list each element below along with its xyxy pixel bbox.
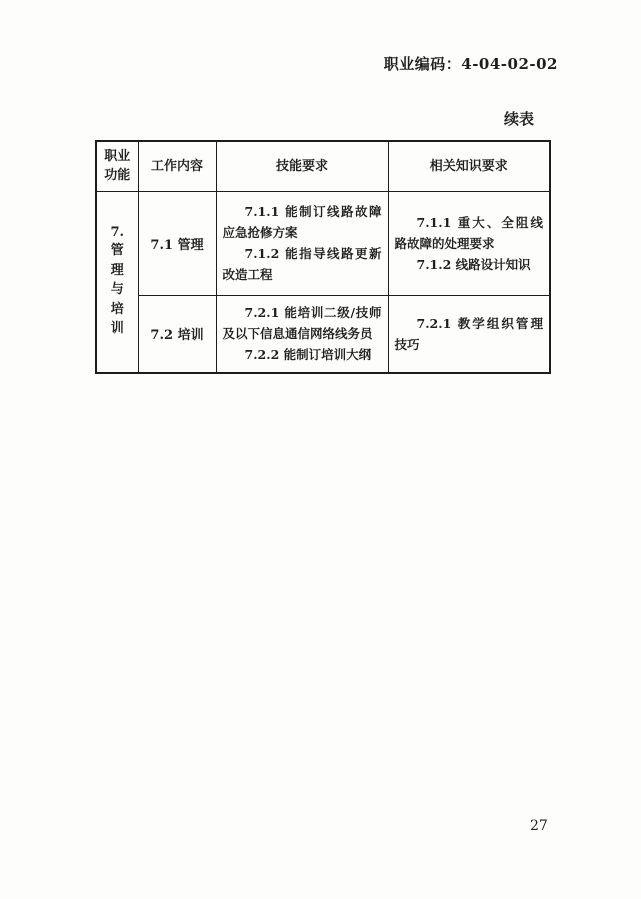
continued-table-label: 续表: [504, 108, 534, 129]
table-header-row: 职业功能 工作内容 技能要求 相关知识要求: [96, 141, 550, 191]
skill-requirements-table: 职业功能 工作内容 技能要求 相关知识要求 7. 管理与培训 7.1 管理 7.…: [95, 140, 551, 374]
function-name-vertical: 管理与培训: [111, 241, 124, 339]
skill-item: 7.2.1 能培训二级/技师及以下信息通信网络线务员: [223, 302, 382, 344]
header-occupation-function: 职业功能: [96, 141, 138, 191]
knowledge-item: 7.2.1 教学组织管理技巧: [395, 313, 544, 355]
skill-item: 7.2.2 能制订培训大纲: [223, 344, 382, 365]
function-group-cell: 7. 管理与培训: [96, 191, 138, 373]
knowledge-cell: 7.1.1 重大、全阻线路故障的处理要求 7.1.2 线路设计知识: [388, 191, 550, 295]
skill-item: 7.1.1 能制订线路故障应急抢修方案: [223, 201, 382, 243]
table-row: 7. 管理与培训 7.1 管理 7.1.1 能制订线路故障应急抢修方案 7.1.…: [96, 191, 550, 295]
function-number: 7.: [97, 225, 138, 240]
header-knowledge-requirements: 相关知识要求: [388, 141, 550, 191]
page-number: 27: [530, 818, 548, 834]
header-skill-requirements: 技能要求: [216, 141, 388, 191]
work-content-cell: 7.1 管理: [138, 191, 216, 295]
skill-item: 7.1.2 能指导线路更新改造工程: [223, 243, 382, 285]
knowledge-cell: 7.2.1 教学组织管理技巧: [388, 295, 550, 373]
work-content-cell: 7.2 培训: [138, 295, 216, 373]
skills-cell: 7.2.1 能培训二级/技师及以下信息通信网络线务员 7.2.2 能制订培训大纲: [216, 295, 388, 373]
knowledge-item: 7.1.1 重大、全阻线路故障的处理要求: [395, 212, 544, 254]
occupation-code: 职业编码：4-04-02-02: [384, 53, 558, 74]
skills-cell: 7.1.1 能制订线路故障应急抢修方案 7.1.2 能指导线路更新改造工程: [216, 191, 388, 295]
knowledge-item: 7.1.2 线路设计知识: [395, 254, 544, 275]
table-row: 7.2 培训 7.2.1 能培训二级/技师及以下信息通信网络线务员 7.2.2 …: [96, 295, 550, 373]
header-work-content: 工作内容: [138, 141, 216, 191]
